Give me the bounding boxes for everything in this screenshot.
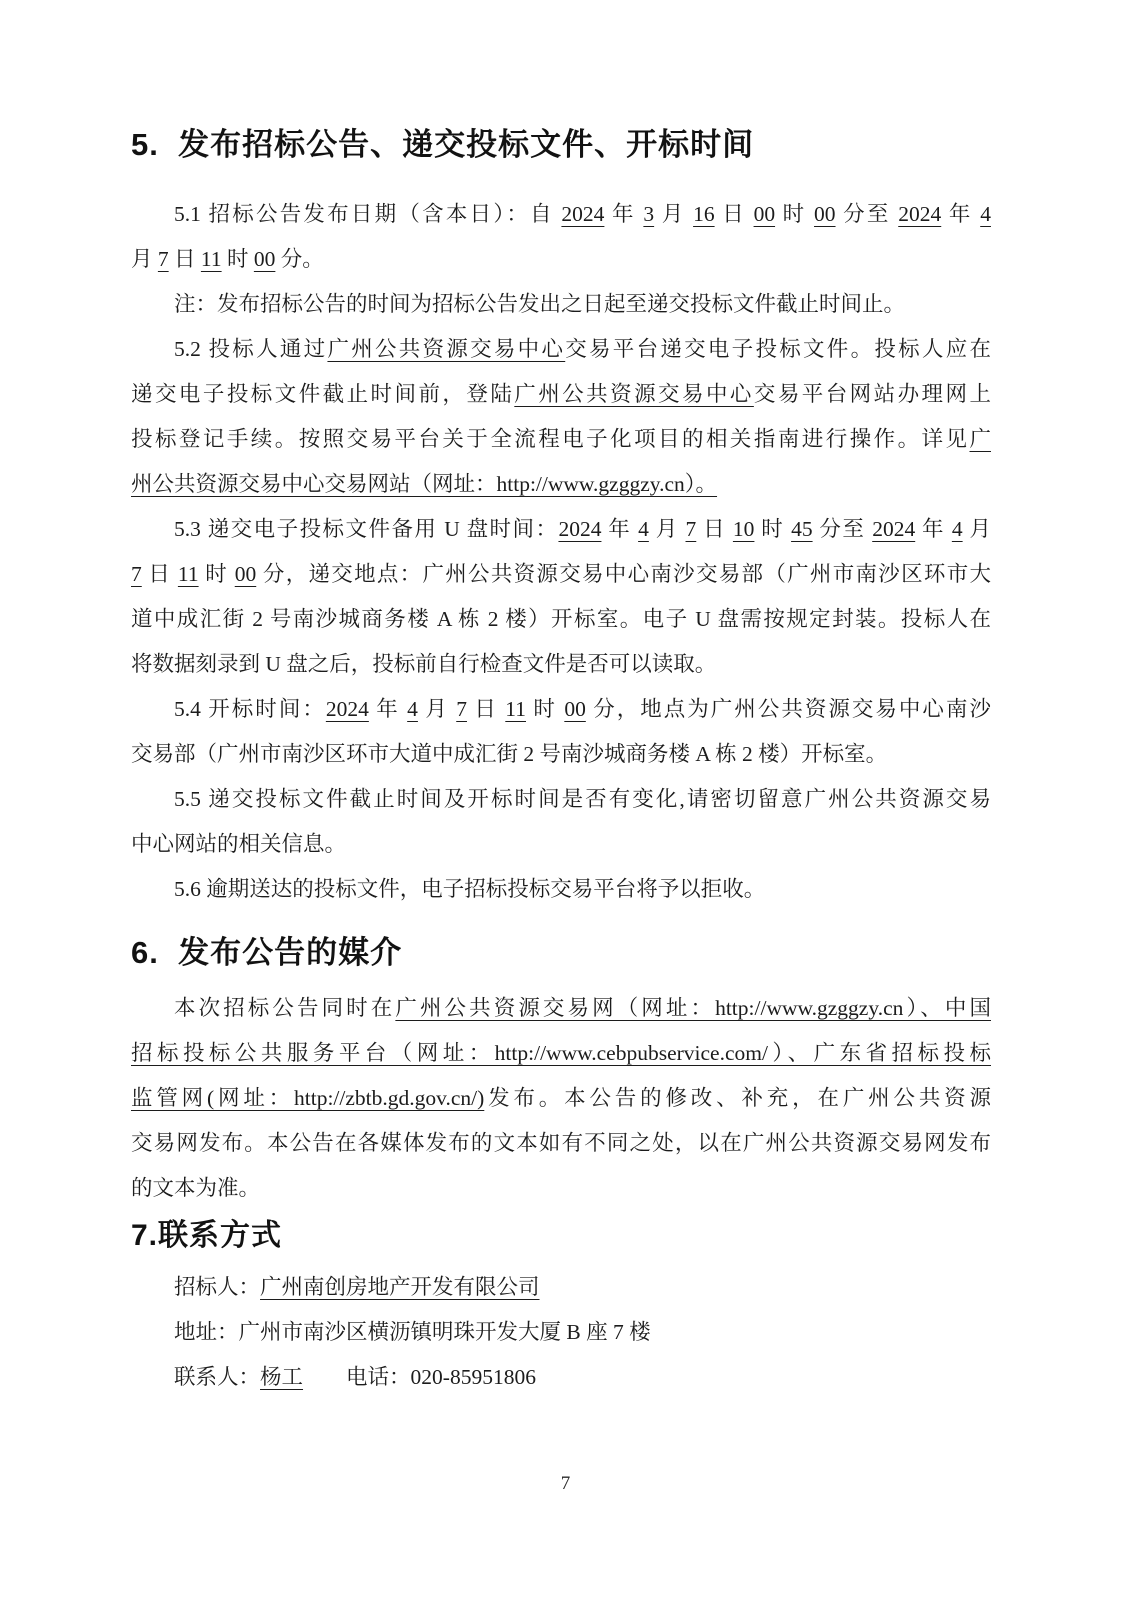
text-segment: 交易平台递交电子投标文件。投标人应在 xyxy=(565,337,991,361)
text-segment: 月 xyxy=(654,202,693,226)
underlined-text: 7 xyxy=(131,562,142,586)
text-segment: 本次招标公告同时在 xyxy=(174,996,395,1020)
text-segment: 月 xyxy=(649,517,686,541)
text-segment: 中心网站的相关信息。 xyxy=(131,832,346,856)
text-segment: 年 xyxy=(601,517,638,541)
text-line: 交易部（广州市南沙区环市大道中成汇街 2 号南沙城商务楼 A 栋 2 楼）开标室… xyxy=(131,732,991,777)
paragraph-5-note: 注：发布招标公告的时间为招标公告发出之日起至递交投标文件截止时间止。 xyxy=(131,282,991,327)
text-line: 月 7 日 11 时 00 分。 xyxy=(131,237,991,282)
text-segment: 5.1 招标公告发布日期（含本日）：自 xyxy=(174,202,561,226)
text-segment: 的文本为准。 xyxy=(131,1176,260,1200)
underlined-text: 4 xyxy=(980,202,991,226)
text-segment: 年 xyxy=(941,202,980,226)
underlined-text: 00 xyxy=(564,697,586,721)
text-segment: 5.6 逾期送达的投标文件，电子招标投标交易平台将予以拒收。 xyxy=(174,877,765,901)
text-line: 道中成汇街 2 号南沙城商务楼 A 栋 2 楼）开标室。电子 U 盘需按规定封装… xyxy=(131,597,991,642)
text-segment: 5.4 开标时间： xyxy=(174,697,326,721)
text-line: 7 日 11 时 00 分，递交地点：广州公共资源交易中心南沙交易部（广州市南沙… xyxy=(131,552,991,597)
text-segment: 地址：广州市南沙区横沥镇明珠开发大厦 B 座 7 楼 xyxy=(174,1320,651,1344)
text-segment: 分。 xyxy=(275,247,323,271)
text-segment: 注：发布招标公告的时间为招标公告发出之日起至递交投标文件截止时间止。 xyxy=(174,292,905,316)
text-segment: 年 xyxy=(369,697,407,721)
text-segment: 5.3 递交电子投标文件备用 U 盘时间： xyxy=(174,517,558,541)
text-segment: 电话：020-85951806 xyxy=(303,1365,536,1389)
underlined-text: 广 xyxy=(969,427,991,451)
underlined-text: 2024 xyxy=(898,202,941,226)
text-segment: 月 xyxy=(963,517,991,541)
text-segment: 交易平台网站办理网上 xyxy=(754,382,991,406)
text-line: 交易网发布。本公告在各媒体发布的文本如有不同之处，以在广州公共资源交易网发布 xyxy=(131,1121,991,1166)
underlined-text: 3 xyxy=(643,202,654,226)
text-segment: 日 xyxy=(142,562,178,586)
underlined-text: 11 xyxy=(201,247,222,271)
text-line: 监管网(网址：http://zbtb.gd.gov.cn/)发布。本公告的修改、… xyxy=(131,1076,991,1121)
text-line: 招标投标公共服务平台（网址：http://www.cebpubservice.c… xyxy=(131,1031,991,1076)
underlined-text: 州公共资源交易中心交易网站（网址：http://www.gzggzy.cn）。 xyxy=(131,472,717,496)
text-segment: 分至 xyxy=(813,517,873,541)
underlined-text: 4 xyxy=(638,517,649,541)
underlined-text: 广州公共资源交易中心 xyxy=(514,382,754,406)
text-segment: 分，地点为广州公共资源交易中心南沙 xyxy=(586,697,991,721)
text-segment: 月 xyxy=(418,697,456,721)
underlined-text: 11 xyxy=(178,562,199,586)
text-segment: 道中成汇街 2 号南沙城商务楼 A 栋 2 楼）开标室。电子 U 盘需按规定封装… xyxy=(131,607,991,631)
text-line: 5.4 开标时间：2024 年 4 月 7 日 11 时 00 分，地点为广州公… xyxy=(131,687,991,732)
text-segment: 5.5 递交投标文件截止时间及开标时间是否有变化,请密切留意广州公共资源交易 xyxy=(174,787,991,811)
paragraph-5-3: 5.3 递交电子投标文件备用 U 盘时间：2024 年 4 月 7 日 10 时… xyxy=(131,507,991,687)
section-6-heading: 6. 发布公告的媒介 xyxy=(131,930,991,976)
contact-person-phone-line: 联系人：杨工 电话：020-85951806 xyxy=(131,1355,991,1400)
text-line: 5.6 逾期送达的投标文件，电子招标投标交易平台将予以拒收。 xyxy=(131,867,991,912)
text-segment: 时 xyxy=(199,562,235,586)
text-line: 中心网站的相关信息。 xyxy=(131,822,991,867)
underlined-text: 45 xyxy=(791,517,813,541)
text-segment: 月 xyxy=(131,247,158,271)
document-page: 5. 发布招标公告、递交投标文件、开标时间 5.1 招标公告发布日期（含本日）：… xyxy=(0,0,1131,1600)
underlined-text: 2024 xyxy=(326,697,369,721)
underlined-text: 11 xyxy=(505,697,526,721)
text-line: 投标登记手续。按照交易平台关于全流程电子化项目的相关指南进行操作。详见广 xyxy=(131,417,991,462)
underlined-text: 00 xyxy=(814,202,836,226)
underlined-text: 7 xyxy=(686,517,697,541)
paragraph-5-5: 5.5 递交投标文件截止时间及开标时间是否有变化,请密切留意广州公共资源交易 中… xyxy=(131,777,991,867)
page-number: 7 xyxy=(0,1472,1131,1496)
text-segment: 年 xyxy=(915,517,952,541)
paragraph-5-2: 5.2 投标人通过广州公共资源交易中心交易平台递交电子投标文件。投标人应在 递交… xyxy=(131,327,991,507)
text-segment: 招标人： xyxy=(174,1275,260,1299)
underlined-text: 2024 xyxy=(561,202,604,226)
text-line: 的文本为准。 xyxy=(131,1166,991,1211)
text-segment: 年 xyxy=(604,202,643,226)
underlined-text: 广州公共资源交易网（网址：http://www.gzggzy.cn）、中国 xyxy=(395,996,991,1020)
text-segment: 将数据刻录到 U 盘之后，投标前自行检查文件是否可以读取。 xyxy=(131,652,716,676)
text-segment: 日 xyxy=(696,517,733,541)
text-segment: 投标登记手续。按照交易平台关于全流程电子化项目的相关指南进行操作。详见 xyxy=(131,427,969,451)
text-segment: 交易网发布。本公告在各媒体发布的文本如有不同之处，以在广州公共资源交易网发布 xyxy=(131,1131,991,1155)
underlined-text: 00 xyxy=(235,562,257,586)
underlined-text: 杨工 xyxy=(260,1365,303,1389)
text-segment: 时 xyxy=(526,697,564,721)
paragraph-7-contact: 招标人：广州南创房地产开发有限公司 地址：广州市南沙区横沥镇明珠开发大厦 B 座… xyxy=(131,1265,991,1400)
text-segment: 递交电子投标文件截止时间前，登陆 xyxy=(131,382,514,406)
underlined-text: 7 xyxy=(158,247,169,271)
text-line: 5.5 递交投标文件截止时间及开标时间是否有变化,请密切留意广州公共资源交易 xyxy=(131,777,991,822)
underlined-text: 00 xyxy=(254,247,276,271)
text-segment: 5.2 投标人通过 xyxy=(174,337,327,361)
text-segment: 发布。本公告的修改、补充，在广州公共资源 xyxy=(484,1086,991,1110)
text-segment: 日 xyxy=(467,697,505,721)
underlined-text: 广州公共资源交易中心 xyxy=(327,337,565,361)
contact-tenderer-line: 招标人：广州南创房地产开发有限公司 xyxy=(131,1265,991,1310)
underlined-text: 10 xyxy=(733,517,755,541)
underlined-text: 2024 xyxy=(558,517,601,541)
underlined-text: 4 xyxy=(952,517,963,541)
text-line: 5.1 招标公告发布日期（含本日）：自 2024 年 3 月 16 日 00 时… xyxy=(131,192,991,237)
text-line: 本次招标公告同时在广州公共资源交易网（网址：http://www.gzggzy.… xyxy=(131,986,991,1031)
underlined-text: 4 xyxy=(407,697,418,721)
text-line: 5.3 递交电子投标文件备用 U 盘时间：2024 年 4 月 7 日 10 时… xyxy=(131,507,991,552)
underlined-text: 00 xyxy=(754,202,776,226)
section-7-heading: 7.联系方式 xyxy=(131,1213,991,1259)
text-segment: 分至 xyxy=(836,202,899,226)
text-segment: 日 xyxy=(169,247,201,271)
text-line: 注：发布招标公告的时间为招标公告发出之日起至递交投标文件截止时间止。 xyxy=(131,282,991,327)
underlined-text: 广州南创房地产开发有限公司 xyxy=(260,1275,540,1299)
paragraph-6-1: 本次招标公告同时在广州公共资源交易网（网址：http://www.gzggzy.… xyxy=(131,986,991,1211)
text-segment: 时 xyxy=(754,517,791,541)
underlined-text: 监管网(网址：http://zbtb.gd.gov.cn/) xyxy=(131,1086,484,1110)
text-line: 将数据刻录到 U 盘之后，投标前自行检查文件是否可以读取。 xyxy=(131,642,991,687)
underlined-text: 16 xyxy=(693,202,715,226)
text-segment: 时 xyxy=(775,202,814,226)
underlined-text: 招标投标公共服务平台（网址：http://www.cebpubservice.c… xyxy=(131,1041,991,1065)
text-segment: 交易部（广州市南沙区环市大道中成汇街 2 号南沙城商务楼 A 栋 2 楼）开标室… xyxy=(131,742,887,766)
paragraph-5-6: 5.6 逾期送达的投标文件，电子招标投标交易平台将予以拒收。 xyxy=(131,867,991,912)
text-line: 州公共资源交易中心交易网站（网址：http://www.gzggzy.cn）。 xyxy=(131,462,991,507)
text-line: 递交电子投标文件截止时间前，登陆广州公共资源交易中心交易平台网站办理网上 xyxy=(131,372,991,417)
section-5-heading: 5. 发布招标公告、递交投标文件、开标时间 xyxy=(131,122,991,168)
text-segment: 日 xyxy=(715,202,754,226)
underlined-text: 7 xyxy=(456,697,467,721)
text-segment: 联系人： xyxy=(174,1365,260,1389)
underlined-text: 2024 xyxy=(872,517,915,541)
contact-address-line: 地址：广州市南沙区横沥镇明珠开发大厦 B 座 7 楼 xyxy=(131,1310,991,1355)
text-segment: 分，递交地点：广州公共资源交易中心南沙交易部（广州市南沙区环市大 xyxy=(256,562,991,586)
paragraph-5-4: 5.4 开标时间：2024 年 4 月 7 日 11 时 00 分，地点为广州公… xyxy=(131,687,991,777)
paragraph-5-1: 5.1 招标公告发布日期（含本日）：自 2024 年 3 月 16 日 00 时… xyxy=(131,192,991,282)
text-line: 5.2 投标人通过广州公共资源交易中心交易平台递交电子投标文件。投标人应在 xyxy=(131,327,991,372)
text-segment: 时 xyxy=(222,247,254,271)
